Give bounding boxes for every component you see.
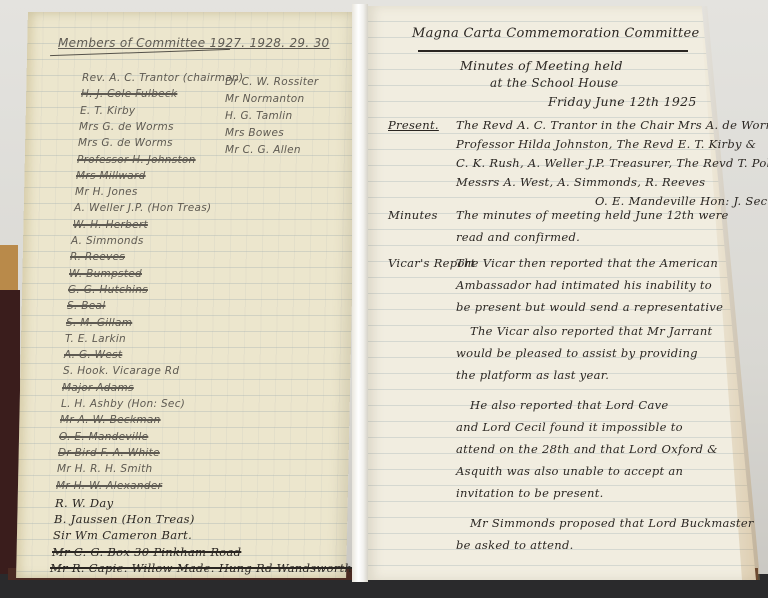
member-entry: Mr H. Jones: [75, 186, 138, 198]
minutes-line: Asquith was also unable to accept an: [456, 464, 683, 478]
minutes-line: The minutes of meeting held June 12th we…: [456, 208, 729, 222]
member-entry: Major Adams: [62, 382, 134, 394]
member-entry: Mr A. W. Beckman: [60, 414, 161, 426]
minutes-line: would be pleased to assist by providing: [456, 346, 698, 360]
section-label: Present.: [388, 118, 439, 132]
minutes-line: O. E. Mandeville Hon: J. Sec.: [595, 194, 768, 208]
member-entry: Mrs Millward: [76, 170, 146, 182]
member-entry: O. E. Mandeville: [59, 431, 148, 443]
member-entry: W. H. Herbert: [73, 219, 148, 231]
minutes-line: Mr Simmonds proposed that Lord Buckmaste…: [470, 516, 754, 530]
member-entry: Rev. A. C. Trantor (chairman): [82, 72, 243, 84]
minutes-line: The Vicar then reported that the America…: [456, 256, 718, 270]
minutes-line: Professor Hilda Johnston, The Revd E. T.…: [456, 137, 756, 151]
member-entry: S. M. Gillam: [66, 317, 132, 329]
member-entry: A. Weller J.P. (Hon Treas): [74, 202, 211, 214]
member-entry: H. G. Tamlin: [225, 110, 292, 122]
member-entry: Dr C. W. Rossiter: [225, 76, 319, 88]
book-gutter: [352, 4, 368, 582]
member-entry: Dr Bird F. A. White: [58, 447, 160, 459]
member-entry: Sir Wm Cameron Bart.: [53, 528, 192, 542]
member-entry: Mrs G. de Worms: [78, 137, 173, 149]
member-entry: Mr Normanton: [225, 93, 304, 105]
member-entry: Mr H. R. H. Smith: [57, 463, 153, 475]
minutes-line: The Vicar also reported that Mr Jarrant: [470, 324, 712, 338]
minutes-line: He also reported that Lord Cave: [470, 398, 669, 412]
member-entry: H. J. Cole Fulbeck: [81, 88, 177, 100]
member-entry: Mrs G. de Worms: [79, 121, 174, 133]
member-entry: Mr H. W. Alexander: [56, 480, 162, 492]
member-entry: W. Bumpsted: [69, 268, 142, 280]
member-entry: R. Reeves: [70, 251, 125, 263]
heading-underline: [418, 50, 688, 52]
minutes-line: be asked to attend.: [456, 538, 574, 552]
meeting-location: at the School House: [490, 76, 618, 90]
member-entry: L. H. Ashby (Hon: Sec): [61, 398, 185, 410]
member-entry: Mr C. G. Allen: [225, 144, 301, 156]
minutes-line: attend on the 28th and that Lord Oxford …: [456, 442, 718, 456]
member-entry: A. Simmonds: [71, 235, 144, 247]
member-entry: S. Beal: [67, 300, 105, 312]
minutes-line: C. K. Rush, A. Weller J.P. Treasurer, Th…: [456, 156, 768, 170]
minutes-line: Ambassador had intimated his inability t…: [456, 278, 712, 292]
minutes-line: read and confirmed.: [456, 230, 580, 244]
minutes-line: invitation to be present.: [456, 486, 604, 500]
member-entry: T. E. Larkin: [65, 333, 126, 345]
members-heading: Members of Committee 1927. 1928. 29. 30: [58, 36, 329, 50]
minutes-line: Messrs A. West, A. Simmonds, R. Reeves: [456, 175, 705, 189]
committee-heading: Magna Carta Commemoration Committee: [412, 26, 700, 41]
member-entry: R. W. Day: [55, 496, 113, 510]
minutes-line: be present but would send a representati…: [456, 300, 723, 314]
minutes-line: and Lord Cecil found it impossible to: [456, 420, 683, 434]
member-entry: Mrs Bowes: [225, 127, 284, 139]
member-entry: Professor H. Johnston: [77, 154, 196, 166]
member-entry: B. Jaussen (Hon Treas): [54, 512, 195, 526]
member-entry: G. G. Hutchins: [68, 284, 148, 296]
minutes-line: the platform as last year.: [456, 368, 609, 382]
section-label: Minutes: [388, 208, 438, 222]
minutes-subheading: Minutes of Meeting held: [460, 58, 623, 73]
member-entry: E. T. Kirby: [80, 105, 135, 117]
member-entry: Mr R. Capie. Willow Made. Hung Rd Wandsw…: [50, 561, 352, 575]
member-entry: Mr C. G. Box 30 Pinkham Road: [52, 545, 241, 559]
member-entry: S. Hook. Vicarage Rd: [63, 365, 179, 377]
member-entry: A. G. West: [64, 349, 122, 361]
meeting-date: Friday June 12th 1925: [548, 94, 697, 109]
minutes-line: The Revd A. C. Trantor in the Chair Mrs …: [456, 118, 768, 132]
